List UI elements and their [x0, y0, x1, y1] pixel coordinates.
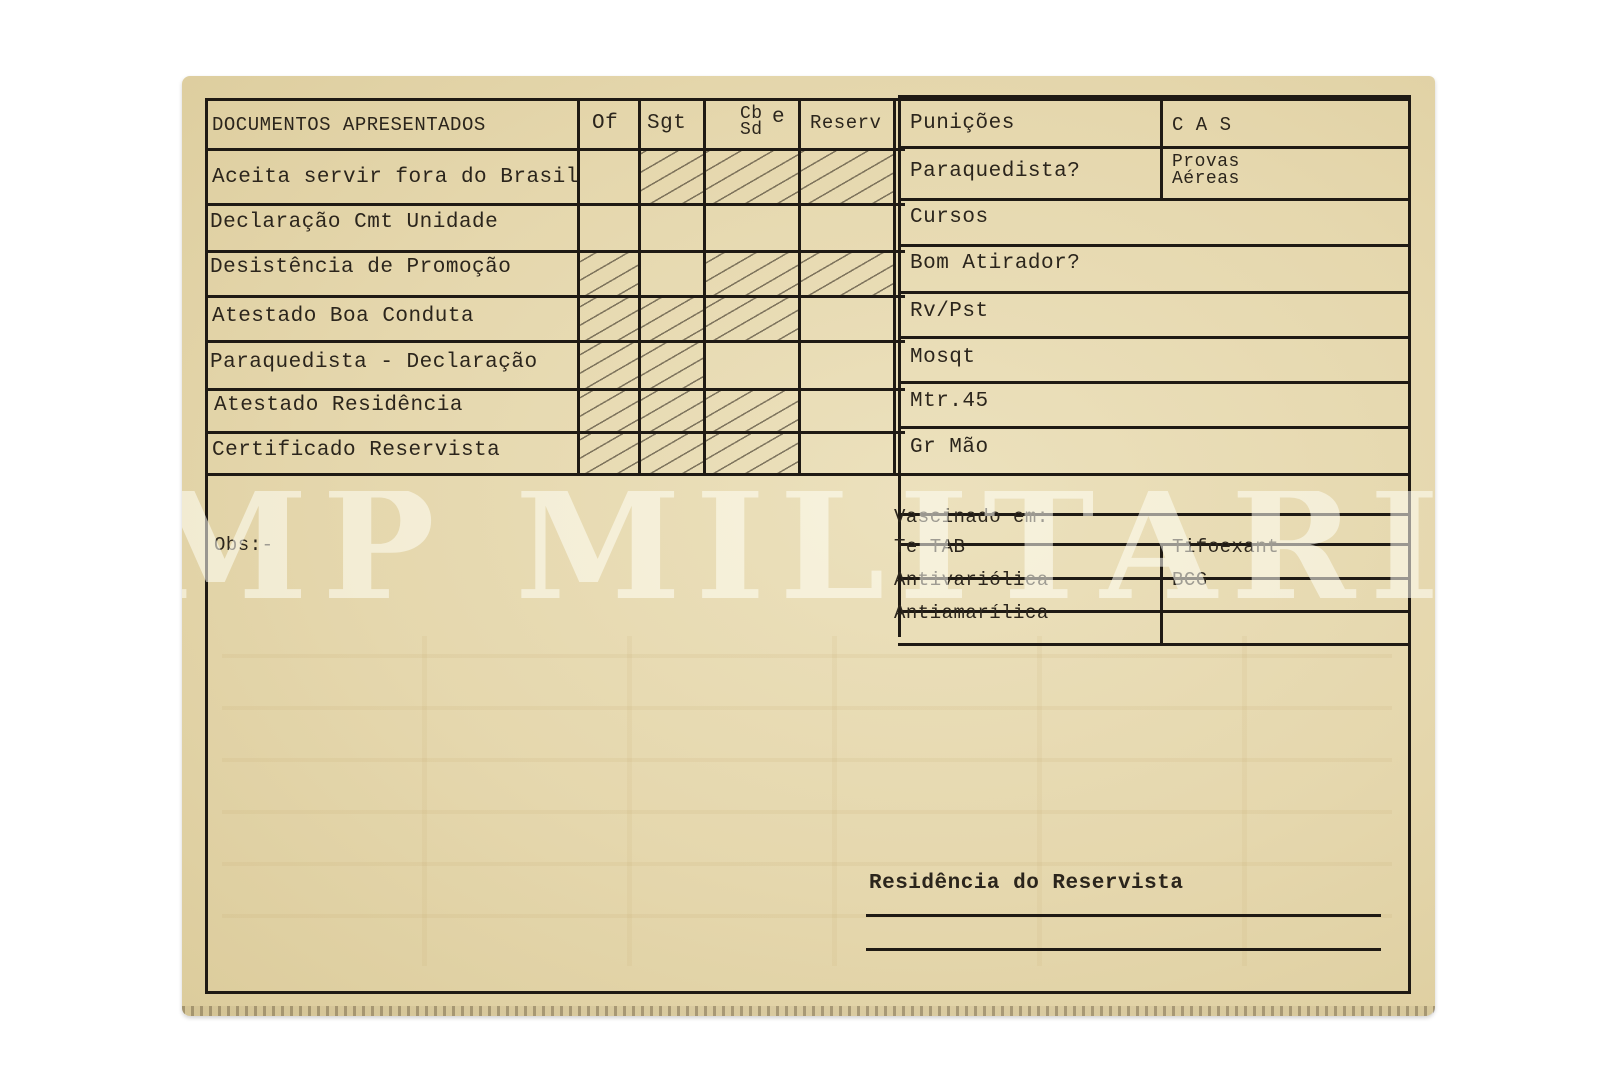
vaccine-tifoexant: Tifoexant — [1172, 536, 1279, 558]
col-header-reserv: Reserv — [810, 112, 881, 134]
row-line — [898, 643, 1411, 646]
hatched-cell — [580, 343, 638, 388]
doc-row-label: Declaração Cmt Unidade — [210, 211, 498, 234]
hatched-cell — [641, 343, 703, 388]
label-bom-atirador: Bom Atirador? — [910, 252, 1080, 275]
border-bottom — [205, 991, 1411, 994]
hatched-cell — [580, 434, 638, 473]
hatched-cell — [641, 391, 703, 431]
card-edge-wear — [182, 1006, 1435, 1016]
label-cas: C A S — [1172, 114, 1232, 136]
vaccine-divider — [1160, 543, 1163, 644]
row-line — [898, 381, 1411, 384]
doc-row-label: Atestado Residência — [214, 394, 463, 417]
hatched-cell — [580, 253, 638, 295]
label-provas: Provas — [1172, 154, 1240, 170]
hatched-cell — [580, 298, 638, 340]
doc-row-label: Certificado Reservista — [212, 439, 500, 462]
vaccine-antiamarilica: Antiamarílica — [894, 602, 1049, 624]
vaccine-te-tab: Te TAB — [894, 536, 965, 558]
label-cursos: Cursos — [910, 206, 989, 229]
cas-divider — [1160, 95, 1163, 199]
doc-row-label: Paraquedista - Declaração — [210, 351, 538, 374]
residence-line-1 — [866, 914, 1381, 917]
hatched-cell — [801, 253, 893, 295]
hatched-cell — [706, 391, 798, 431]
hatched-cell — [706, 298, 798, 340]
hatched-cell — [706, 253, 798, 295]
row-line — [898, 95, 1411, 98]
row-line — [898, 426, 1411, 429]
hatched-cell — [641, 298, 703, 340]
label-aereas: Aéreas — [1172, 171, 1240, 187]
col-header-e: e — [772, 106, 785, 129]
label-rv-pst: Rv/Pst — [910, 300, 989, 323]
hatched-cell — [641, 434, 703, 473]
label-mosqt: Mosqt — [910, 346, 976, 369]
documents-header-title: DOCUMENTOS APRESENTADOS — [212, 114, 486, 136]
row-line — [898, 198, 1411, 201]
hatched-cell — [580, 391, 638, 431]
col-header-of: Of — [592, 112, 618, 135]
border-top — [205, 98, 1411, 101]
residence-line-2 — [866, 948, 1381, 951]
border-left — [205, 98, 208, 994]
row-line — [898, 336, 1411, 339]
col-line-double-a — [893, 98, 896, 474]
row-line — [898, 291, 1411, 294]
col-header-sgt: Sgt — [647, 112, 686, 135]
row-line — [898, 244, 1411, 247]
row-line — [898, 543, 1411, 546]
doc-row-label: Aceita servir fora do Brasil — [212, 166, 579, 189]
doc-row-label: Atestado Boa Conduta — [212, 305, 474, 328]
hatched-cell — [706, 151, 798, 203]
row-line — [898, 146, 1411, 149]
label-mtr45: Mtr.45 — [910, 390, 989, 413]
col-header-sd: Sd — [740, 122, 763, 138]
border-right — [1408, 98, 1411, 994]
hatched-cell — [641, 151, 703, 203]
hatched-cell — [706, 434, 798, 473]
label-punicoes: Punições — [910, 112, 1015, 135]
observations-label: Obs:- — [214, 534, 274, 556]
doc-row-label: Desistência de Promoção — [210, 256, 511, 279]
label-paraquedista: Paraquedista? — [910, 160, 1080, 183]
row-line — [205, 473, 1411, 476]
vaccine-antivariolica: Antivariólica — [894, 569, 1049, 591]
label-gr-mao: Gr Mão — [910, 436, 989, 459]
vaccine-bcg: BCG — [1172, 569, 1208, 591]
record-card: DOCUMENTOS APRESENTADOS Of Sgt Cb Sd e R… — [182, 76, 1435, 1016]
hatched-cell — [801, 151, 893, 203]
vaccines-title: Vascinado em: — [894, 506, 1049, 528]
residence-label: Residência do Reservista — [869, 872, 1183, 895]
